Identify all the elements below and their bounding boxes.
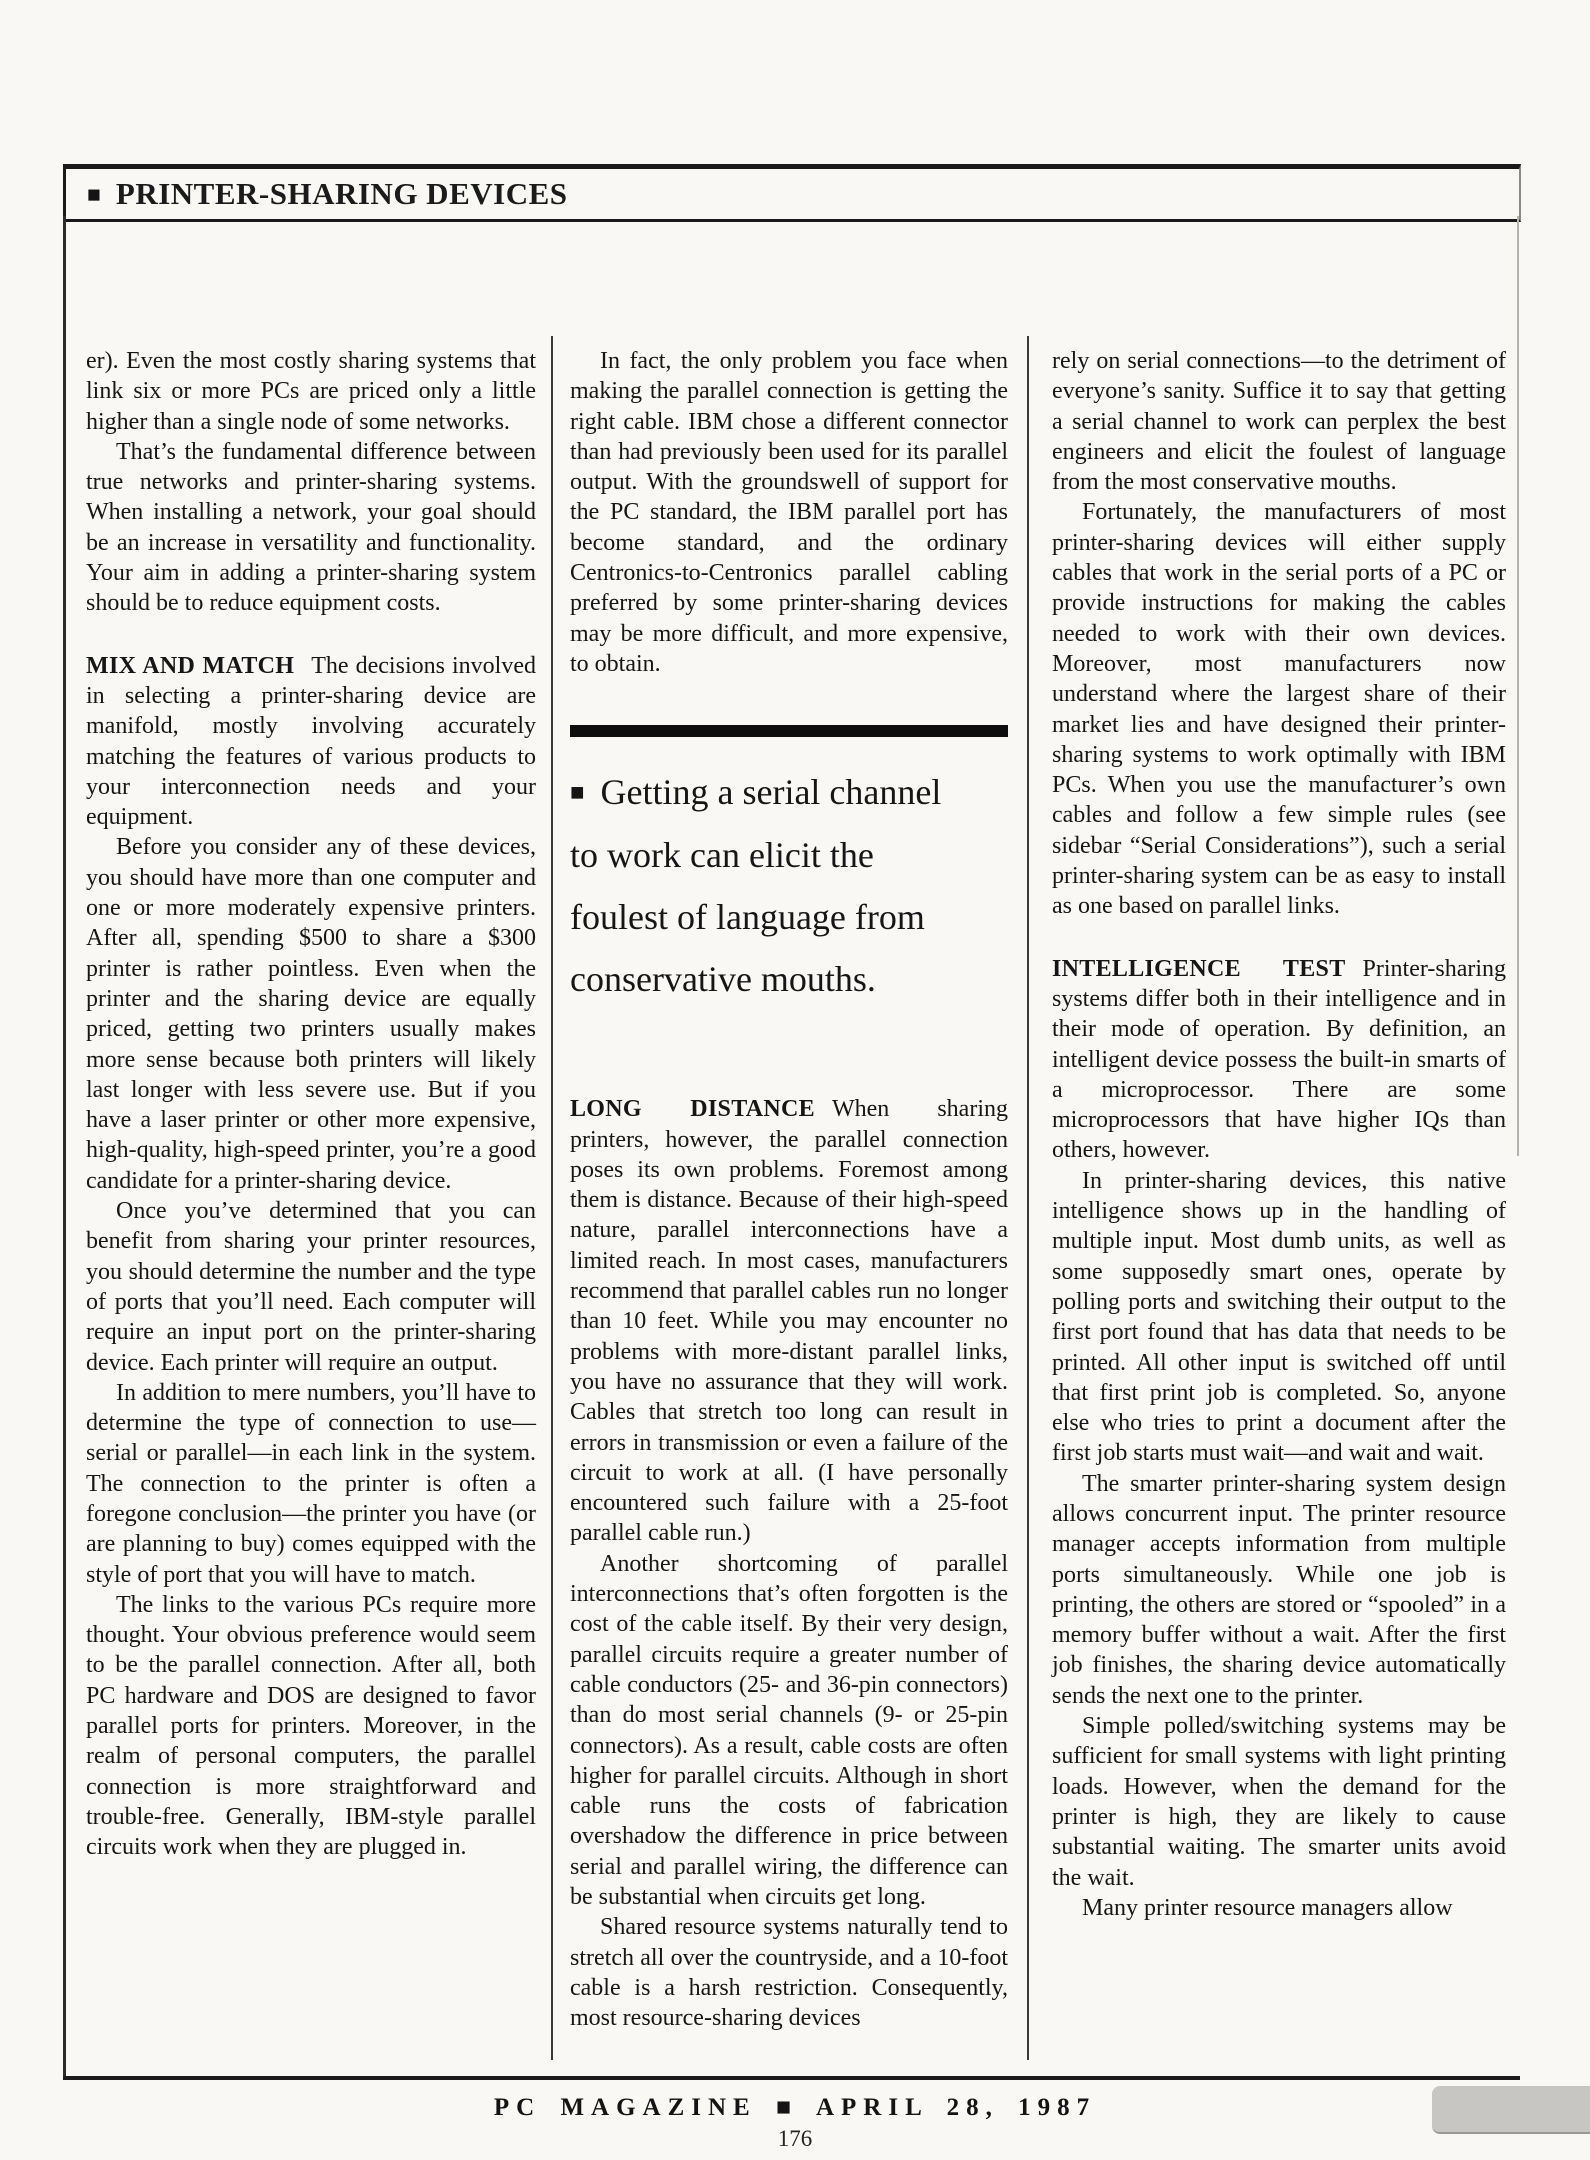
page-title: PRINTER-SHARING DEVICES <box>116 176 568 212</box>
paragraph: In fact, the only problem you face when … <box>570 346 1008 679</box>
paragraph: Shared resource systems naturally tend t… <box>570 1912 1008 2033</box>
paragraph: The smarter printer-sharing system desig… <box>1052 1469 1506 1711</box>
paragraph: In printer-sharing devices, this native … <box>1052 1166 1506 1469</box>
footer-rule <box>63 2076 1520 2080</box>
scan-artifact <box>1432 2086 1590 2134</box>
paragraph-text: Printer-sharing systems differ both in t… <box>1052 956 1506 1164</box>
quote-line: ■Getting a serial channel <box>570 761 1008 824</box>
pull-quote-rule <box>570 725 1008 737</box>
paragraph: MIX AND MATCHThe decisions involved in s… <box>86 651 536 833</box>
section-heading: INTELLIGENCE TEST <box>1052 956 1346 982</box>
paragraph-text: When sharing printers, however, the para… <box>570 1096 1008 1546</box>
magazine-page: ■ PRINTER-SHARING DEVICES er). Even the … <box>0 0 1590 2160</box>
column-2: In fact, the only problem you face when … <box>570 346 1008 2033</box>
paragraph: LONG DISTANCEWhen sharing printers, howe… <box>570 1094 1008 1548</box>
paragraph: er). Even the most costly sharing system… <box>86 346 536 437</box>
paragraph-text: The decisions involved in selecting a pr… <box>86 653 536 830</box>
paragraph: Fortunately, the manufacturers of most p… <box>1052 497 1506 921</box>
section-header: ■ PRINTER-SHARING DEVICES <box>63 164 1521 222</box>
paragraph: In addition to mere numbers, you’ll have… <box>86 1378 536 1590</box>
paragraph: Once you’ve determined that you can bene… <box>86 1196 536 1378</box>
column-3: rely on serial connections—to the detrim… <box>1052 346 1506 1923</box>
quote-line-text: Getting a serial channel <box>601 772 942 812</box>
pull-quote-text: ■Getting a serial channel to work can el… <box>570 761 1008 1010</box>
paragraph: That’s the fundamental difference betwee… <box>86 437 536 619</box>
section-heading: LONG DISTANCE <box>570 1096 815 1122</box>
paragraph: Another shortcoming of parallel intercon… <box>570 1549 1008 1913</box>
paragraph: INTELLIGENCE TESTPrinter-sharing systems… <box>1052 954 1506 1166</box>
column-divider <box>551 336 553 2060</box>
page-border-left <box>63 216 66 2078</box>
paragraph: Many printer resource managers allow <box>1052 1893 1506 1923</box>
column-1: er). Even the most costly sharing system… <box>86 346 536 1863</box>
section-bullet-icon: ■ <box>87 183 101 206</box>
column-divider <box>1027 336 1029 2060</box>
quote-bullet-icon: ■ <box>570 780 585 806</box>
footer-credit: PC MAGAZINE ■ APRIL 28, 1987 <box>0 2094 1590 2122</box>
section-heading: MIX AND MATCH <box>86 653 294 679</box>
paragraph: rely on serial connections—to the detrim… <box>1052 346 1506 497</box>
quote-line: foulest of language from <box>570 886 1008 948</box>
paragraph: Simple polled/switching systems may be s… <box>1052 1711 1506 1893</box>
paragraph: The links to the various PCs require mor… <box>86 1590 536 1863</box>
quote-line: to work can elicit the <box>570 824 1008 886</box>
pull-quote: ■Getting a serial channel to work can el… <box>570 725 1008 1010</box>
quote-line: conservative mouths. <box>570 948 1008 1010</box>
page-border-right <box>1517 216 1519 1156</box>
paragraph: Before you consider any of these devices… <box>86 832 536 1196</box>
page-number: 176 <box>0 2126 1590 2152</box>
